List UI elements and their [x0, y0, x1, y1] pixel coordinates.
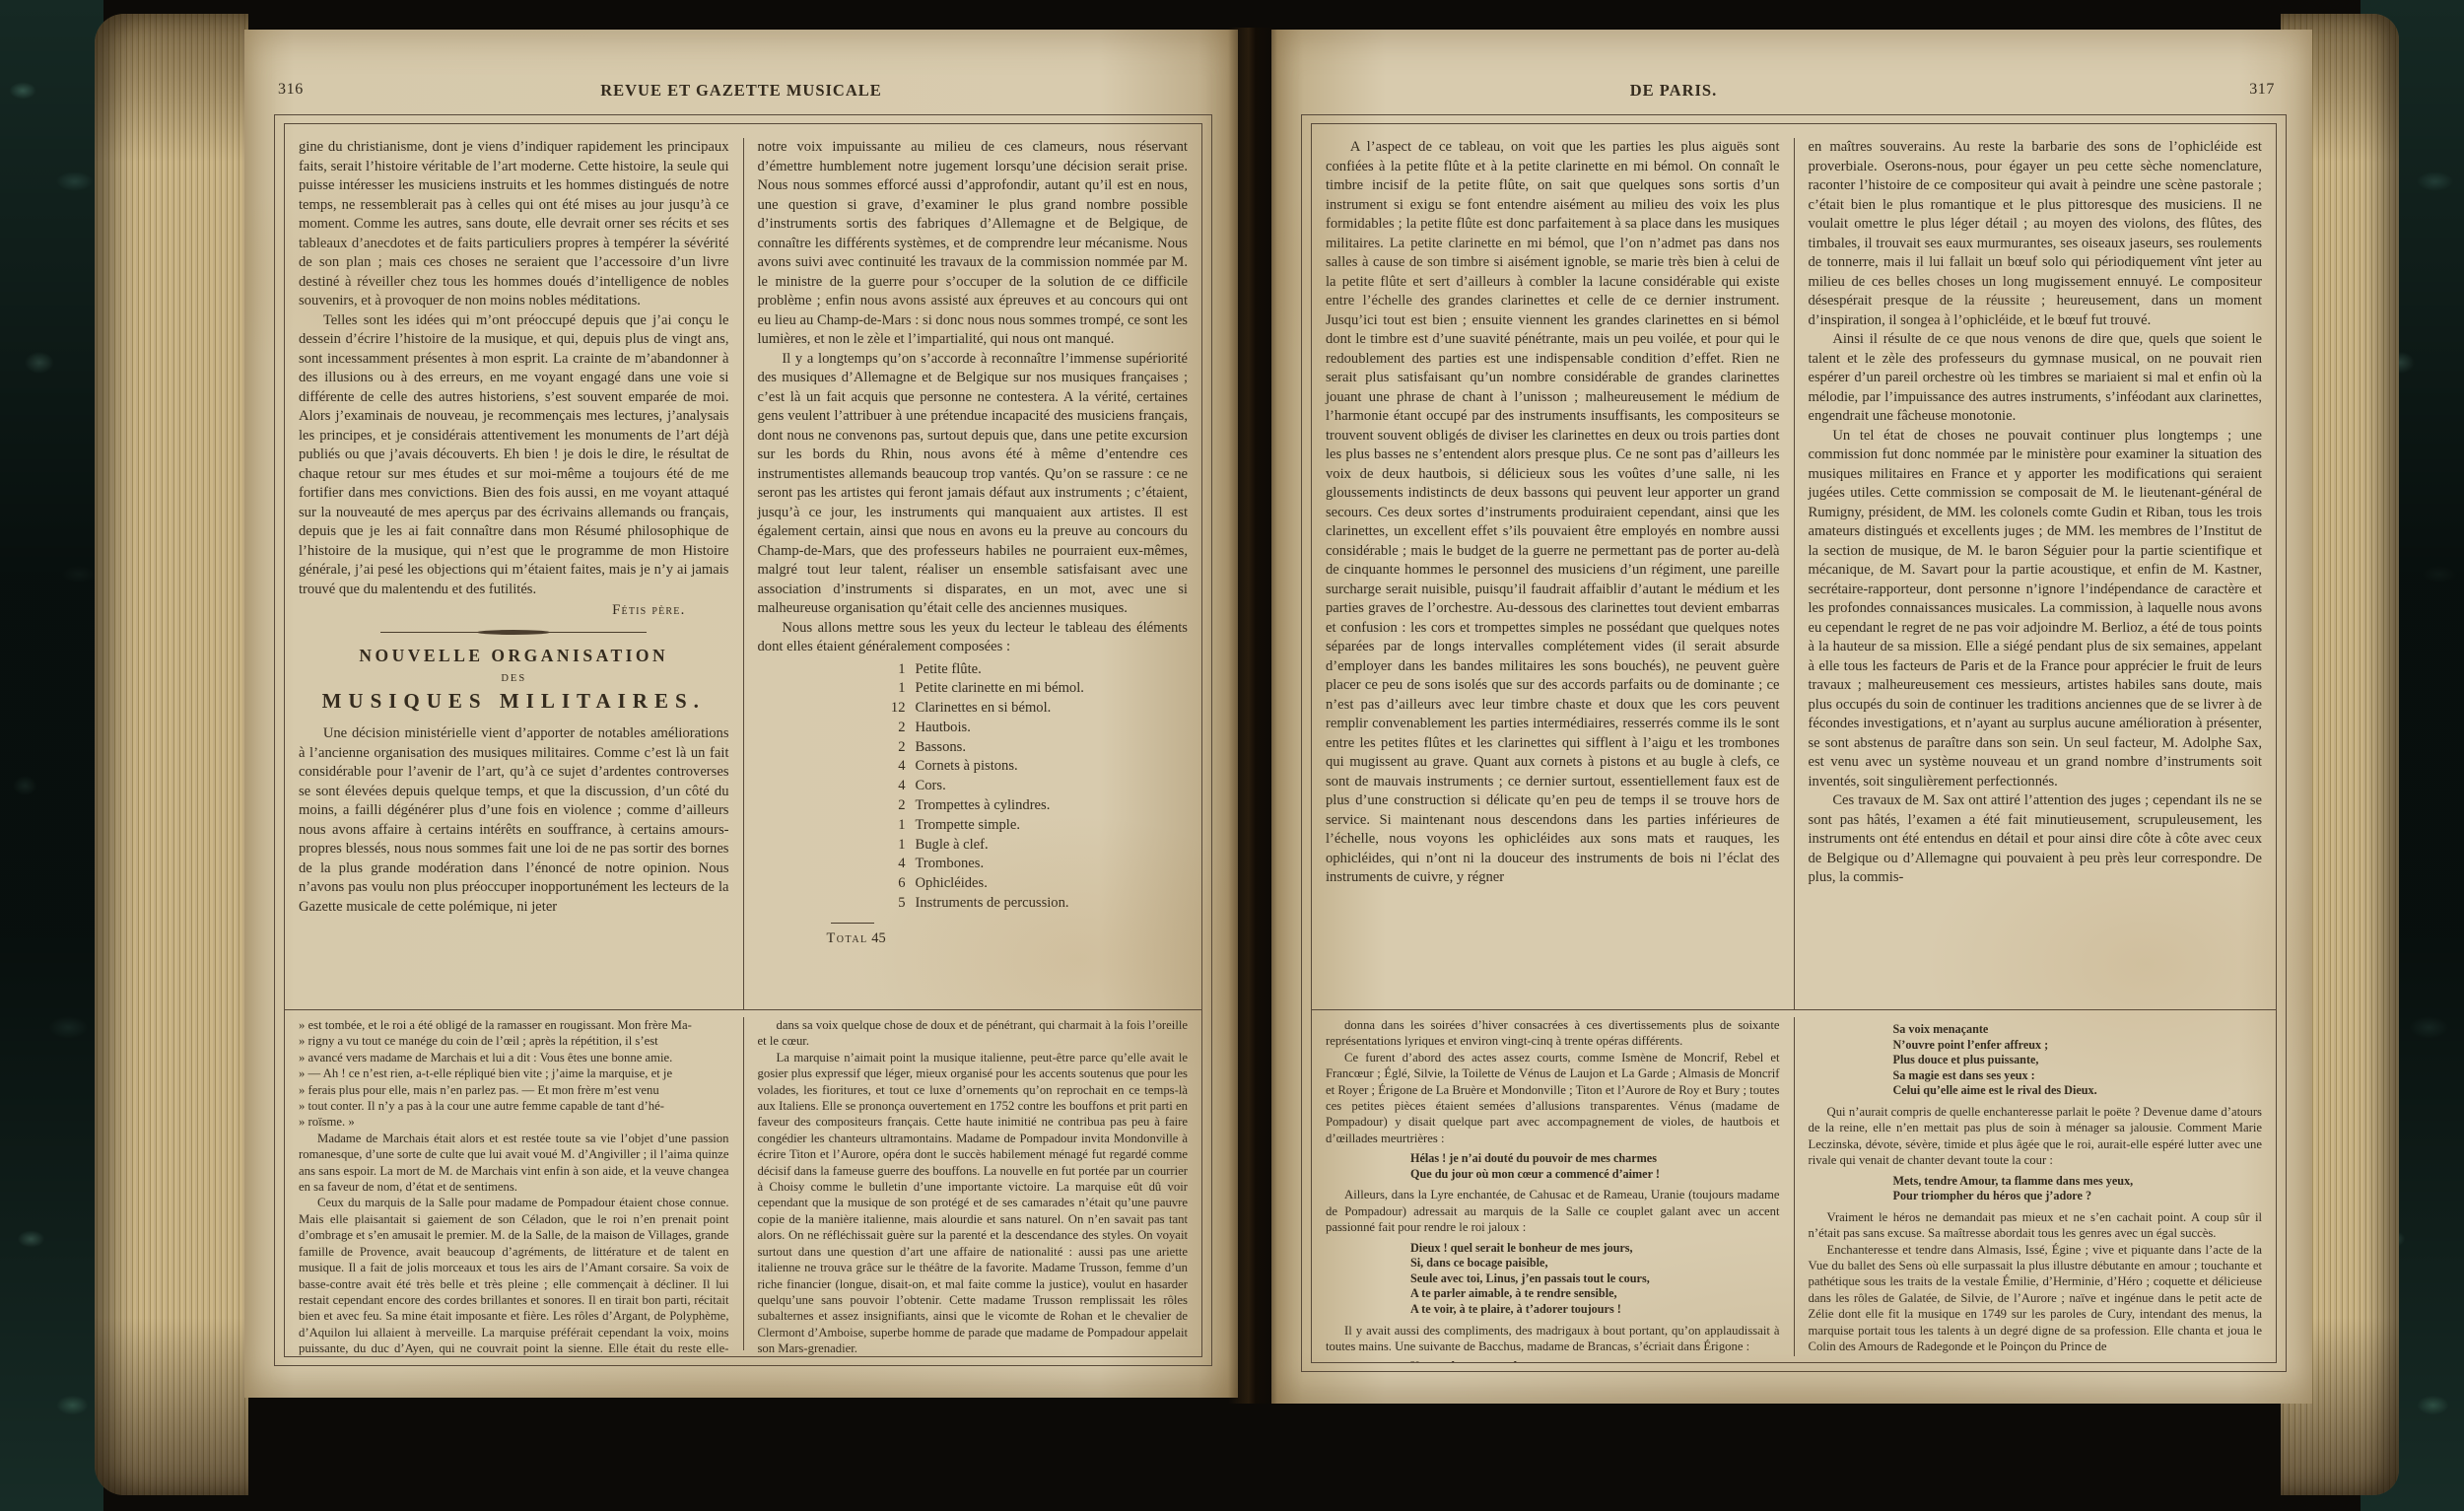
quote-line: » est tombée, et le roi a été obligé de … [299, 1017, 729, 1033]
paragraph: gine du christianisme, dont je viens d’i… [299, 138, 729, 311]
paragraph: Une décision ministérielle vient d’appor… [299, 724, 729, 917]
verse-block: Hélas ! je n’ai douté du pouvoir de mes … [1410, 1151, 1780, 1182]
author-signature: Fétis père. [299, 602, 729, 619]
paragraph: Enchanteresse et tendre dans Almasis, Is… [1809, 1242, 2263, 1355]
paragraph: Ailleurs, dans la Lyre enchantée, de Cah… [1326, 1187, 1780, 1235]
instrument-count: 1 [874, 816, 906, 836]
feuilleton-section: donna dans les soirées d’hiver consacrée… [1312, 1009, 2276, 1362]
paragraph: A l’aspect de ce tableau, on voit que le… [1326, 138, 1780, 888]
instrument-label: Petite clarinette en mi bémol. [916, 679, 1084, 699]
paragraph: Vraiment le héros ne demandait pas mieux… [1809, 1209, 2263, 1242]
instrument-row: 4Trombones. [874, 855, 1189, 874]
verse-block: Mets, tendre Amour, ta flamme dans mes y… [1893, 1174, 2263, 1204]
paragraph: Madame de Marchais était alors et est re… [299, 1131, 729, 1196]
left-page: 316 REVUE ET GAZETTE MUSICALE gine du ch… [244, 30, 1238, 1398]
verse-line: Une enchanteresse charmante [1410, 1359, 1780, 1362]
paragraph: Un tel état de choses ne pouvait continu… [1809, 427, 2263, 792]
paragraph: Qui n’aurait compris de quelle enchanter… [1809, 1104, 2263, 1169]
instrument-label: Trombones. [916, 855, 985, 874]
instrument-row: 4Cors. [874, 777, 1189, 796]
verse-line: Dieux ! quel serait le bonheur de mes jo… [1410, 1241, 1780, 1257]
feuilleton-column-2: Sa voix menaçante N’ouvre point l’enfer … [1794, 1017, 2263, 1356]
paragraph: en maîtres souverains. Au reste la barba… [1809, 138, 2263, 330]
feuilleton-column-2: dans sa voix quelque chose de doux et de… [743, 1017, 1189, 1350]
verse-line: Si, dans ce bocage paisible, [1410, 1256, 1780, 1271]
verse-line: Hélas ! je n’ai douté du pouvoir de mes … [1410, 1151, 1780, 1167]
instrument-row: 1Petite flûte. [874, 660, 1189, 680]
page-inner-frame: A l’aspect de ce tableau, on voit que le… [1311, 123, 2277, 1363]
right-page: DE PARIS. 317 A l’aspect de ce tableau, … [1271, 30, 2312, 1404]
instrument-label: Bugle à clef. [916, 836, 989, 856]
verse-line: N’ouvre point l’enfer affreux ; [1893, 1038, 2263, 1054]
instrument-row: 1Bugle à clef. [874, 836, 1189, 856]
paragraph: Ces travaux de M. Sax ont attiré l’atten… [1809, 791, 2263, 888]
page-inner-frame: gine du christianisme, dont je viens d’i… [284, 123, 1202, 1357]
instrument-row: 12Clarinettes en si bémol. [874, 699, 1189, 719]
instrument-row: 6Ophicléides. [874, 874, 1189, 894]
instrument-label: Trompette simple. [916, 816, 1020, 836]
instrument-label: Hautbois. [916, 719, 971, 738]
instrument-list: 1Petite flûte. 1Petite clarinette en mi … [874, 660, 1189, 914]
verse-line: Celui qu’elle aime est le rival des Dieu… [1893, 1083, 2263, 1099]
divider-ornament-icon [380, 628, 647, 637]
verse-line: Seule avec toi, Linus, j’en passais tout… [1410, 1271, 1780, 1287]
instrument-count: 12 [874, 699, 906, 719]
verse-block: Sa voix menaçante N’ouvre point l’enfer … [1893, 1022, 2263, 1099]
instrument-label: Clarinettes en si bémol. [916, 699, 1052, 719]
instrument-label: Cornets à pistons. [916, 757, 1018, 777]
left-page-header: 316 REVUE ET GAZETTE MUSICALE [278, 81, 1204, 104]
paragraph: Il y a longtemps qu’on s’accorde à recon… [758, 350, 1189, 619]
verse-line: A te parler aimable, à te rendre sensibl… [1410, 1286, 1780, 1302]
quote-line: » rigny a vu tout ce manége du coin de l… [299, 1033, 729, 1049]
verse-line: Que du jour où mon cœur a commencé d’aim… [1410, 1167, 1780, 1183]
article-heading: NOUVELLE ORGANISATION DES MUSIQUES MILIT… [299, 646, 729, 714]
page-stack-edge-left [95, 14, 248, 1495]
quote-block: » est tombée, et le roi a été obligé de … [299, 1017, 729, 1131]
paragraph: notre voix impuissante au milieu de ces … [758, 138, 1189, 350]
instrument-count: 4 [874, 855, 906, 874]
instrument-count: 6 [874, 874, 906, 894]
paragraph: Ce furent d’abord des actes assez courts… [1326, 1050, 1780, 1146]
quote-line: » ferais plus pour elle, mais n’en parle… [299, 1082, 729, 1098]
instrument-label: Trompettes à cylindres. [916, 796, 1051, 816]
instrument-count: 1 [874, 836, 906, 856]
instrument-count: 4 [874, 777, 906, 796]
heading-line-3: MUSIQUES MILITAIRES. [299, 689, 729, 714]
page-frame: A l’aspect de ce tableau, on voit que le… [1301, 114, 2287, 1372]
instrument-count: 1 [874, 679, 906, 699]
right-page-header: DE PARIS. 317 [1305, 81, 2279, 104]
total-label: Total [827, 930, 868, 946]
instrument-row: 2Bassons. [874, 738, 1189, 758]
paragraph: dans sa voix quelque chose de doux et de… [758, 1017, 1189, 1050]
main-article-section: gine du christianisme, dont je viens d’i… [285, 124, 1201, 1009]
running-title: REVUE ET GAZETTE MUSICALE [278, 81, 1204, 101]
instrument-row: 2Hautbois. [874, 719, 1189, 738]
heading-line-1: NOUVELLE ORGANISATION [299, 646, 729, 666]
quote-line: » — Ah ! ce n’est rien, a-t-elle répliqu… [299, 1065, 729, 1081]
verse-line: A te voir, à te plaire, à t’adorer toujo… [1410, 1302, 1780, 1318]
instrument-count: 2 [874, 719, 906, 738]
instrument-row: 5Instruments de percussion. [874, 894, 1189, 914]
verse-line: Plus douce et plus puissante, [1893, 1053, 2263, 1068]
paragraph: Telles sont les idées qui m’ont préoccup… [299, 311, 729, 600]
total-rule [831, 923, 874, 924]
paragraph: donna dans les soirées d’hiver consacrée… [1326, 1017, 1780, 1050]
main-article-section: A l’aspect de ce tableau, on voit que le… [1312, 124, 2276, 1009]
heading-line-2: DES [299, 673, 729, 684]
paragraph: Nous allons mettre sous les yeux du lect… [758, 619, 1189, 657]
feuilleton-column-1: donna dans les soirées d’hiver consacrée… [1326, 1017, 1794, 1356]
instrument-row: 4Cornets à pistons. [874, 757, 1189, 777]
verse-line: Pour triompher du héros que j’adore ? [1893, 1189, 2263, 1204]
total-line: Total 45 [827, 930, 1189, 947]
instrument-count: 2 [874, 738, 906, 758]
paragraph: Ceux du marquis de la Salle pour madame … [299, 1195, 729, 1356]
quote-line: » avancé vers madame de Marchais et lui … [299, 1050, 729, 1065]
page-number: 317 [2249, 81, 2275, 99]
instrument-count: 2 [874, 796, 906, 816]
instrument-count: 4 [874, 757, 906, 777]
verse-block: Une enchanteresse charmante Habite en ce… [1410, 1359, 1780, 1362]
paragraph: Ainsi il résulte de ce que nous venons d… [1809, 330, 2263, 427]
page-frame: gine du christianisme, dont je viens d’i… [274, 114, 1212, 1366]
column-2: notre voix impuissante au milieu de ces … [743, 138, 1189, 1009]
running-title: DE PARIS. [1305, 81, 2042, 101]
column-1: gine du christianisme, dont je viens d’i… [299, 138, 743, 1009]
instrument-row: 1Trompette simple. [874, 816, 1189, 836]
quote-line: » tout conter. Il n’y a pas à la cour un… [299, 1098, 729, 1114]
verse-block: Dieux ! quel serait le bonheur de mes jo… [1410, 1241, 1780, 1318]
marbled-cover-left [0, 0, 103, 1511]
instrument-count: 1 [874, 660, 906, 680]
feuilleton-column-1: » est tombée, et le roi a été obligé de … [299, 1017, 743, 1350]
total-value: 45 [871, 930, 885, 946]
paragraph: Il y avait aussi des compliments, des ma… [1326, 1323, 1780, 1355]
instrument-label: Bassons. [916, 738, 967, 758]
instrument-row: 2Trompettes à cylindres. [874, 796, 1189, 816]
instrument-label: Instruments de percussion. [916, 894, 1069, 914]
verse-line: Sa voix menaçante [1893, 1022, 2263, 1038]
verse-line: Sa magie est dans ses yeux : [1893, 1068, 2263, 1084]
quote-line: » roïsme. » [299, 1114, 729, 1130]
instrument-row: 1Petite clarinette en mi bémol. [874, 679, 1189, 699]
instrument-label: Ophicléides. [916, 874, 988, 894]
column-2: en maîtres souverains. Au reste la barba… [1794, 138, 2263, 1009]
paragraph: La marquise n’aimait point la musique it… [758, 1050, 1189, 1356]
verse-line: Mets, tendre Amour, ta flamme dans mes y… [1893, 1174, 2263, 1190]
column-1: A l’aspect de ce tableau, on voit que le… [1326, 138, 1794, 1009]
instrument-label: Cors. [916, 777, 946, 796]
instrument-label: Petite flûte. [916, 660, 982, 680]
instrument-count: 5 [874, 894, 906, 914]
book-spread: 316 REVUE ET GAZETTE MUSICALE gine du ch… [0, 0, 2464, 1511]
feuilleton-section: » est tombée, et le roi a été obligé de … [285, 1009, 1201, 1356]
